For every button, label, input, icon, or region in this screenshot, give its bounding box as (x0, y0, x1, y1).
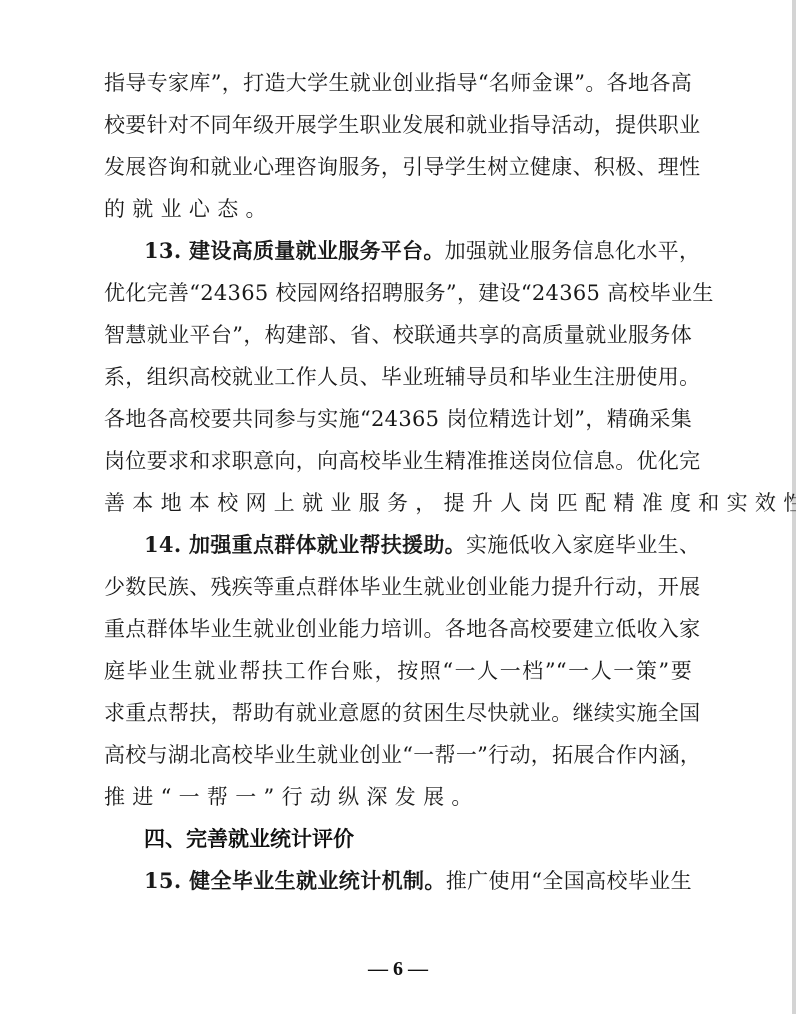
paragraph-12-continuation: 指导专家库”，打造大学生就业创业指导“名师金课”。各地各高 校要针对不同年级开展… (104, 62, 692, 230)
section-heading: 四、完善就业统计评价 (104, 818, 692, 860)
text-line: 少数民族、残疾等重点群体毕业生就业创业能力提升行动，开展 (104, 566, 692, 608)
text-line: 优化完善“24365 校园网络招聘服务”，建设“24365 高校毕业生 (104, 272, 692, 314)
page-number: — 6 — (0, 958, 796, 981)
paragraph-13: 13. 建设高质量就业服务平台。加强就业服务信息化水平， 优化完善“24365 … (104, 230, 692, 524)
paragraph-first-line: 14. 加强重点群体就业帮扶援助。实施低收入家庭毕业生、 (104, 524, 692, 566)
paragraph-text: 推广使用“全国高校毕业生 (446, 869, 692, 893)
text-line: 发展咨询和就业心理咨询服务，引导学生树立健康、积极、理性 (104, 146, 692, 188)
paragraph-text: 实施低收入家庭毕业生、 (466, 533, 700, 557)
paragraph-text: 加强就业服务信息化水平， (445, 239, 701, 263)
document-page: 指导专家库”，打造大学生就业创业指导“名师金课”。各地各高 校要针对不同年级开展… (104, 62, 692, 902)
text-line: 的就业心态。 (104, 188, 692, 230)
paragraph-15: 15. 健全毕业生就业统计机制。推广使用“全国高校毕业生 (104, 860, 692, 902)
paragraph-title: 15. 健全毕业生就业统计机制。 (144, 868, 446, 893)
paragraph-first-line: 13. 建设高质量就业服务平台。加强就业服务信息化水平， (104, 230, 692, 272)
paragraph-first-line: 15. 健全毕业生就业统计机制。推广使用“全国高校毕业生 (104, 860, 692, 902)
text-line: 重点群体毕业生就业创业能力培训。各地各高校要建立低收入家 (104, 608, 692, 650)
text-line: 指导专家库”，打造大学生就业创业指导“名师金课”。各地各高 (104, 62, 692, 104)
paragraph-14: 14. 加强重点群体就业帮扶援助。实施低收入家庭毕业生、 少数民族、残疾等重点群… (104, 524, 692, 818)
paragraph-title: 13. 建设高质量就业服务平台。 (144, 238, 445, 263)
text-line: 智慧就业平台”，构建部、省、校联通共享的高质量就业服务体 (104, 314, 692, 356)
text-line: 系，组织高校就业工作人员、毕业班辅导员和毕业生注册使用。 (104, 356, 692, 398)
text-line: 求重点帮扶，帮助有就业意愿的贫困生尽快就业。继续实施全国 (104, 692, 692, 734)
text-line: 推进“一帮一”行动纵深发展。 (104, 776, 692, 818)
text-line: 庭毕业生就业帮扶工作台账，按照“一人一档”“一人一策”要 (104, 650, 692, 692)
text-line: 善本地本校网上就业服务，提升人岗匹配精准度和实效性。 (104, 482, 692, 524)
paragraph-title: 14. 加强重点群体就业帮扶援助。 (144, 532, 466, 557)
text-line: 各地各高校要共同参与实施“24365 岗位精选计划”，精确采集 (104, 398, 692, 440)
text-line: 校要针对不同年级开展学生职业发展和就业指导活动，提供职业 (104, 104, 692, 146)
text-line: 高校与湖北高校毕业生就业创业“一帮一”行动，拓展合作内涵， (104, 734, 692, 776)
text-line: 岗位要求和求职意向，向高校毕业生精准推送岗位信息。优化完 (104, 440, 692, 482)
